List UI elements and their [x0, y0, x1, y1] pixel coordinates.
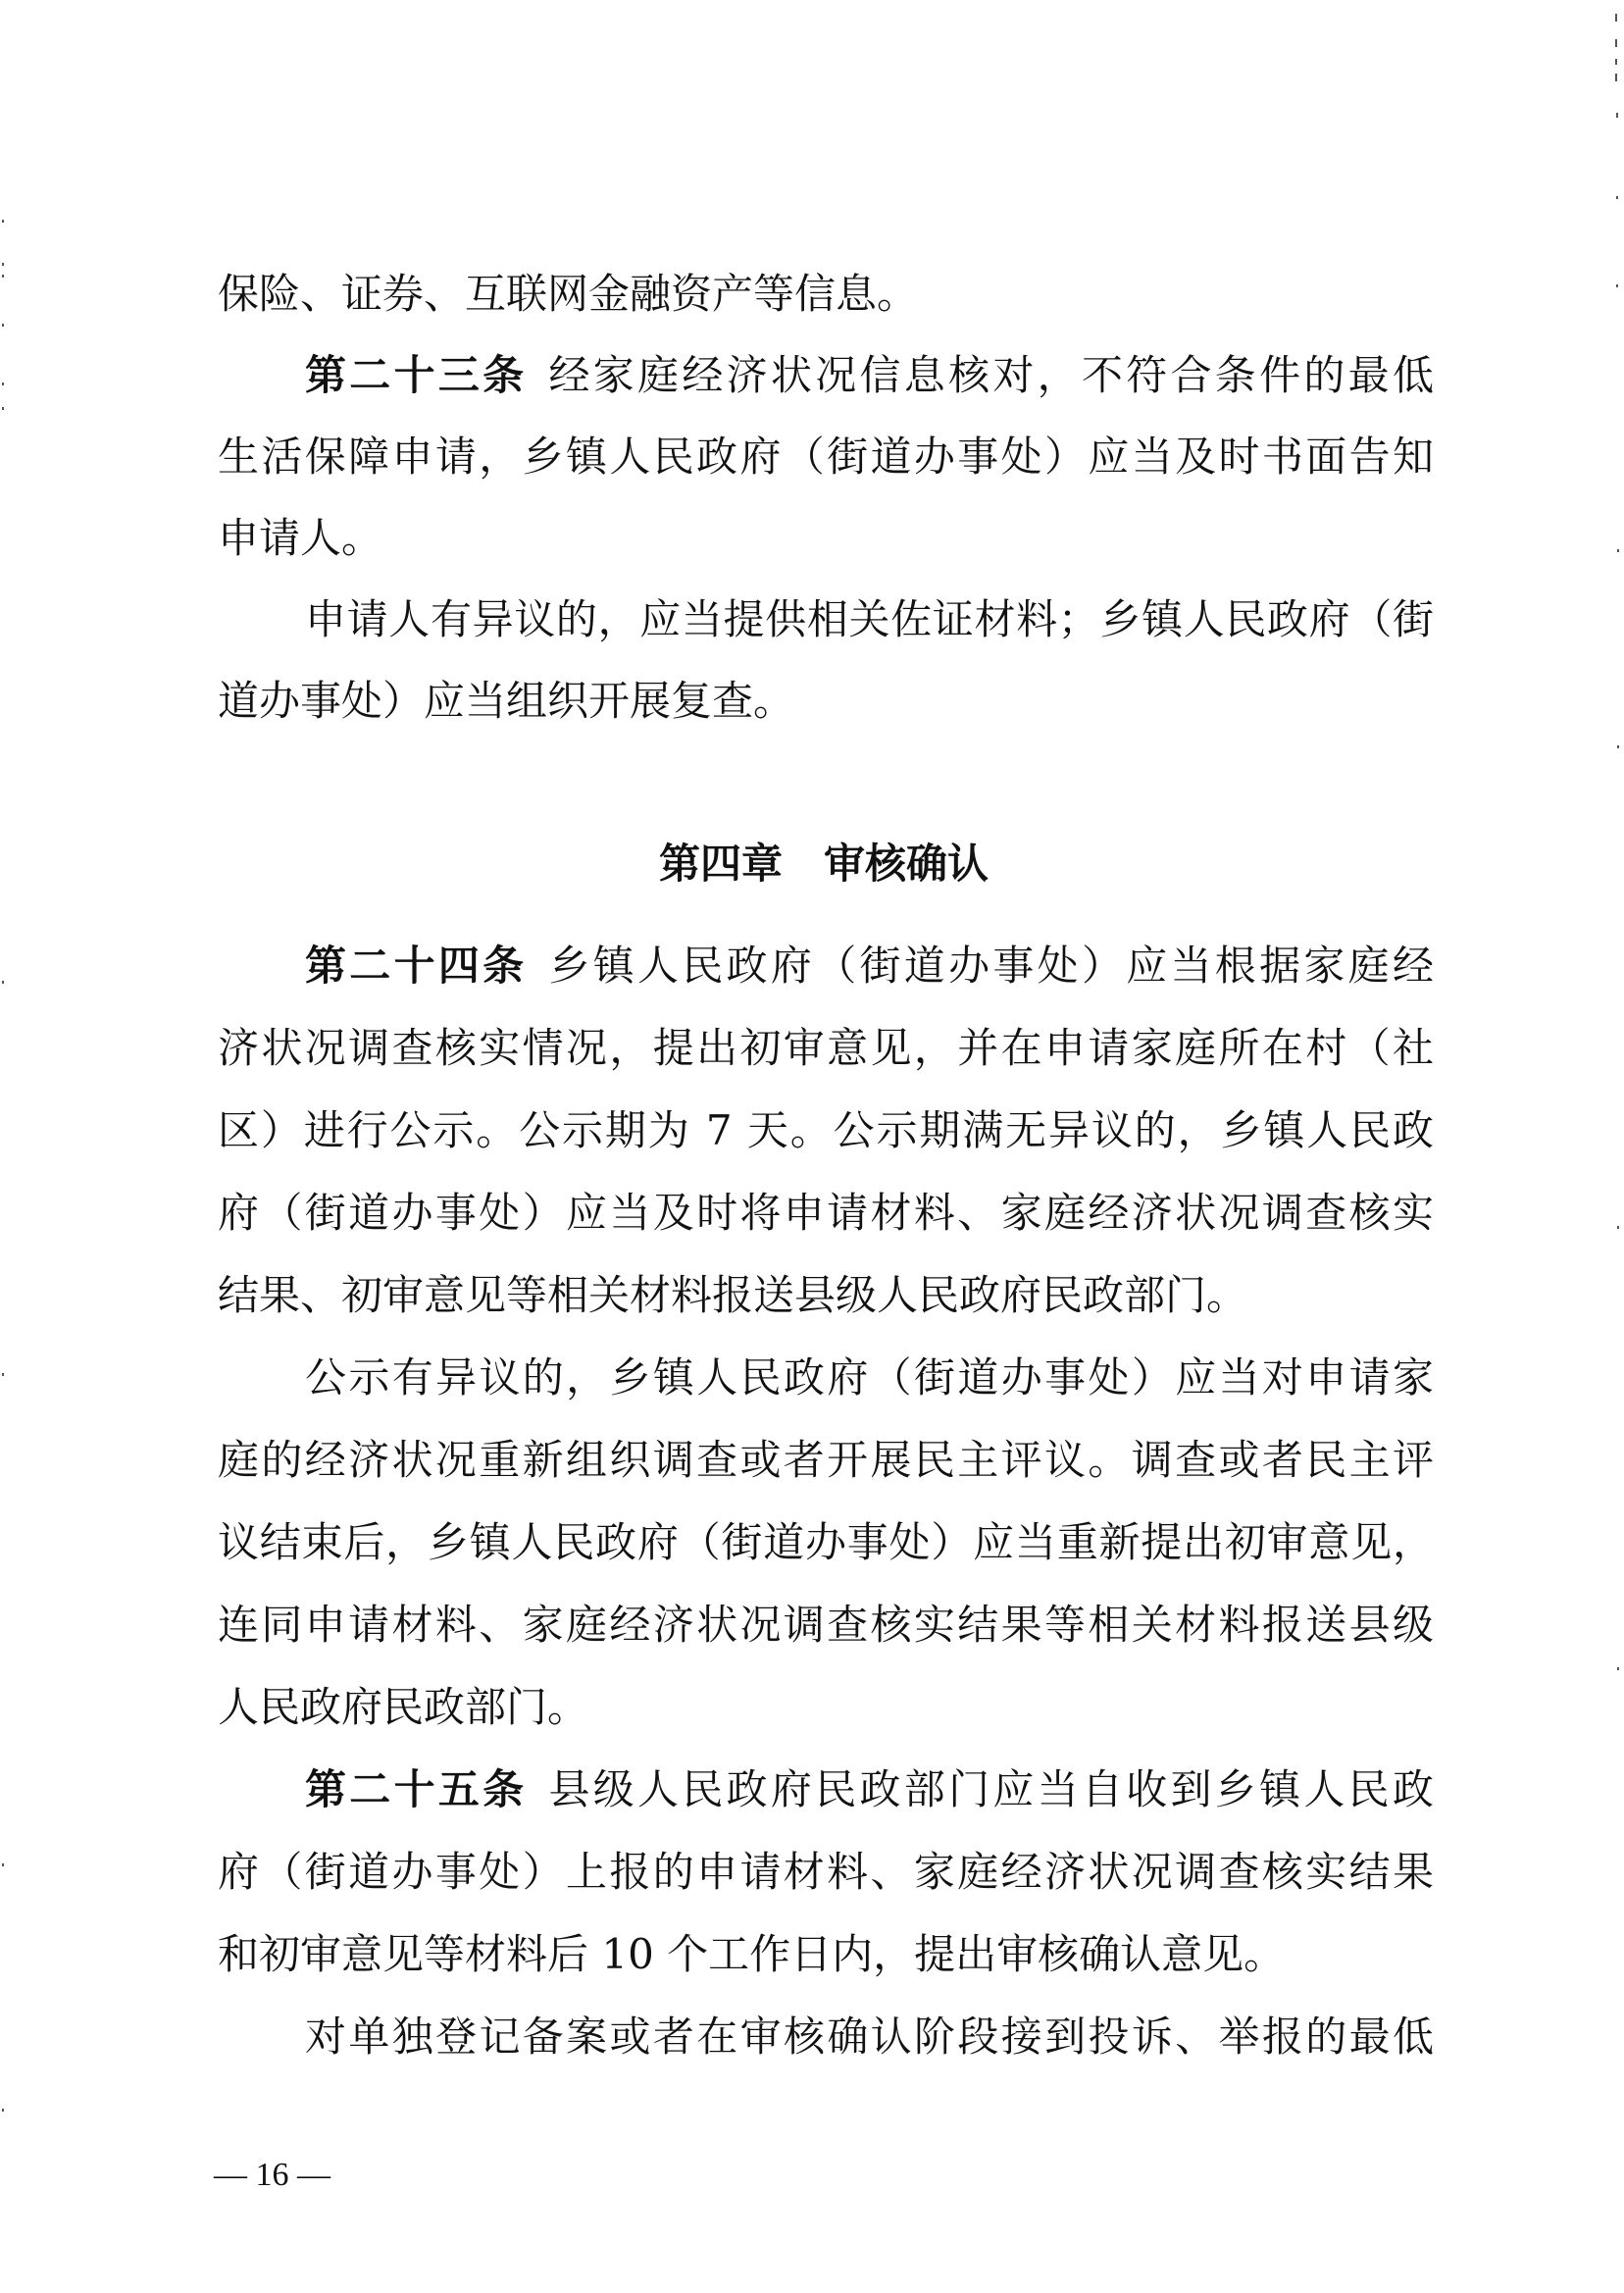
paragraph-line: 保险、证券、互联网金融资产等信息。	[218, 269, 1434, 320]
scan-speck	[2, 2109, 4, 2112]
line-text: 济状况调查核实情况，提出初审意见，并在申请家庭所在村（社	[218, 1024, 1434, 1072]
paragraph-line: 人民政府民政部门。	[218, 1682, 1434, 1733]
scan-speck	[2, 324, 4, 327]
scan-speck	[1617, 1667, 1619, 1670]
scan-speck	[1617, 1226, 1619, 1229]
paragraph-line: 府（街道办事处）上报的申请材料、家庭经济状况调查核实结果	[218, 1847, 1434, 1898]
page-number: — 16 —	[214, 2154, 330, 2197]
scan-speck	[2, 220, 4, 223]
paragraph-line: 区）进行公示。公示期为 7 天。公示期满无异议的，乡镇人民政	[218, 1105, 1434, 1156]
line-text: 保险、证券、互联网金融资产等信息。	[218, 270, 918, 318]
paragraph-line: 公示有异议的，乡镇人民政府（街道办事处）应当对申请家	[305, 1352, 1434, 1403]
paragraph-line: 连同申请材料、家庭经济状况调查核实结果等相关材料报送县级	[218, 1600, 1434, 1651]
line-text: 道办事处）应当组织开展复查。	[218, 677, 794, 725]
line-text: 连同申请材料、家庭经济状况调查核实结果等相关材料报送县级	[218, 1601, 1434, 1649]
line-text: 人民政府民政部门。	[218, 1683, 588, 1731]
paragraph-line: 生活保障申请，乡镇人民政府（街道办事处）应当及时书面告知	[218, 432, 1434, 483]
paragraph-line: 结果、初审意见等相关材料报送县级人民政府民政部门。	[218, 1270, 1434, 1321]
scan-speck	[2, 263, 4, 266]
scan-speck	[1615, 59, 1617, 65]
article-24-line: 第二十四条乡镇人民政府（街道办事处）应当根据家庭经	[305, 941, 1434, 992]
line-text: 县级人民政府民政部门应当自收到乡镇人民政	[548, 1765, 1434, 1813]
article-label: 第二十三条	[305, 351, 527, 399]
chapter-heading: 第四章 审核确认	[0, 838, 1624, 891]
scan-speck	[1616, 113, 1618, 118]
line-text: 对单独登记备案或者在审核确认阶段接到投诉、举报的最低	[305, 2013, 1434, 2061]
line-text: 府（街道办事处）应当及时将申请材料、家庭经济状况调查核实	[218, 1189, 1434, 1237]
line-text: 和初审意见等材料后 10 个工作日内，提出审核确认意见。	[218, 1930, 1285, 1978]
line-text: 申请人有异议的，应当提供相关佐证材料；乡镇人民政府（街	[305, 595, 1434, 643]
line-text: 生活保障申请，乡镇人民政府（街道办事处）应当及时书面告知	[218, 433, 1434, 481]
scan-speck	[1617, 549, 1619, 552]
line-text: 庭的经济状况重新组织调查或者开展民主评议。调查或者民主评	[218, 1436, 1434, 1484]
article-25-line: 第二十五条县级人民政府民政部门应当自收到乡镇人民政	[305, 1764, 1434, 1815]
paragraph-line: 道办事处）应当组织开展复查。	[218, 676, 1434, 727]
paragraph-line: 申请人有异议的，应当提供相关佐证材料；乡镇人民政府（街	[305, 594, 1434, 645]
scan-speck	[1617, 745, 1619, 748]
article-23-line: 第二十三条经家庭经济状况信息核对，不符合条件的最低	[305, 350, 1434, 401]
scan-speck	[2, 981, 4, 984]
scan-speck	[1616, 284, 1618, 287]
paragraph-line: 庭的经济状况重新组织调查或者开展民主评议。调查或者民主评	[218, 1435, 1434, 1486]
paragraph-line: 申请人。	[218, 513, 1434, 564]
article-label: 第二十四条	[305, 942, 527, 990]
scan-speck	[1615, 74, 1617, 81]
scan-speck	[2, 1373, 4, 1376]
document-page: 保险、证券、互联网金融资产等信息。 第二十三条经家庭经济状况信息核对，不符合条件…	[0, 0, 1624, 2293]
scan-speck	[1615, 39, 1617, 47]
paragraph-line: 议结束后，乡镇人民政府（街道办事处）应当重新提出初审意见，	[218, 1517, 1434, 1568]
scan-speck	[2, 407, 4, 410]
line-text: 区）进行公示。公示期为 7 天。公示期满无异议的，乡镇人民政	[218, 1106, 1434, 1154]
line-text: 公示有异议的，乡镇人民政府（街道办事处）应当对申请家	[305, 1353, 1434, 1401]
article-label: 第二十五条	[305, 1765, 527, 1813]
scan-speck	[2, 1863, 4, 1866]
scan-speck	[1615, 14, 1617, 22]
scan-speck	[2, 275, 4, 278]
scan-speck	[2, 382, 4, 385]
line-text: 经家庭经济状况信息核对，不符合条件的最低	[548, 351, 1434, 399]
paragraph-line: 和初审意见等材料后 10 个工作日内，提出审核确认意见。	[218, 1929, 1434, 1980]
line-text: 申请人。	[218, 514, 382, 562]
line-text: 结果、初审意见等相关材料报送县级人民政府民政部门。	[218, 1271, 1247, 1319]
line-text: 乡镇人民政府（街道办事处）应当根据家庭经	[548, 942, 1434, 990]
paragraph-line: 对单独登记备案或者在审核确认阶段接到投诉、举报的最低	[305, 2012, 1434, 2063]
paragraph-line: 府（街道办事处）应当及时将申请材料、家庭经济状况调查核实	[218, 1188, 1434, 1239]
line-text: 议结束后，乡镇人民政府（街道办事处）应当重新提出初审意见，	[218, 1518, 1434, 1566]
scan-speck	[1616, 196, 1618, 199]
paragraph-line: 济状况调查核实情况，提出初审意见，并在申请家庭所在村（社	[218, 1023, 1434, 1074]
line-text: 府（街道办事处）上报的申请材料、家庭经济状况调查核实结果	[218, 1848, 1434, 1896]
